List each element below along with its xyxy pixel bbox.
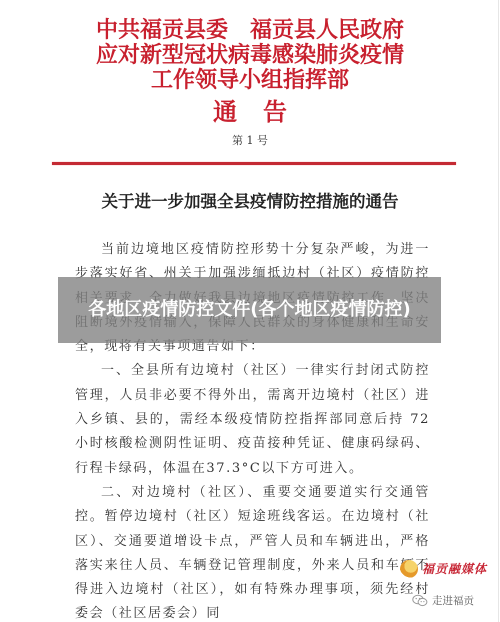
paragraph-item-1: 一、全县所有边境村（社区）一律实行封闭式防控管理，人员非必要不得外出，需离开边境… bbox=[75, 359, 430, 480]
issuing-organization-line-1: 中共福贡县委 福贡县人民政府 bbox=[0, 18, 500, 42]
media-logo-icon bbox=[400, 560, 418, 578]
document-title: 关于进一步加强全县疫情防控措施的通告 bbox=[0, 192, 500, 212]
paragraph-item-2: 二、对边境村（社区）、重要交通要道实行交通管控。暂停边境村（社区）短途班线客运。… bbox=[75, 481, 430, 622]
media-logo-text: 福贡融媒体 bbox=[422, 560, 487, 577]
wechat-icon bbox=[412, 594, 428, 607]
wechat-account-name: 走进福贡 bbox=[432, 593, 474, 608]
wechat-account-watermark: 走进福贡 bbox=[412, 592, 474, 608]
red-header-divider bbox=[52, 162, 456, 165]
issuing-organization-line-3: 工作领导小组指挥部 bbox=[0, 68, 500, 92]
notice-number: 第 1 号 bbox=[0, 134, 500, 148]
overlay-title: 各地区疫情防控文件(各个地区疫情防控) bbox=[65, 298, 435, 322]
title-overlay-banner: 各地区疫情防控文件(各个地区疫情防控) bbox=[58, 277, 441, 343]
notice-heading: 通告 bbox=[0, 99, 500, 125]
media-watermark: 福贡融媒体 bbox=[400, 558, 500, 582]
issuing-organization-line-2: 应对新型冠状病毒感染肺炎疫情 bbox=[0, 43, 500, 67]
